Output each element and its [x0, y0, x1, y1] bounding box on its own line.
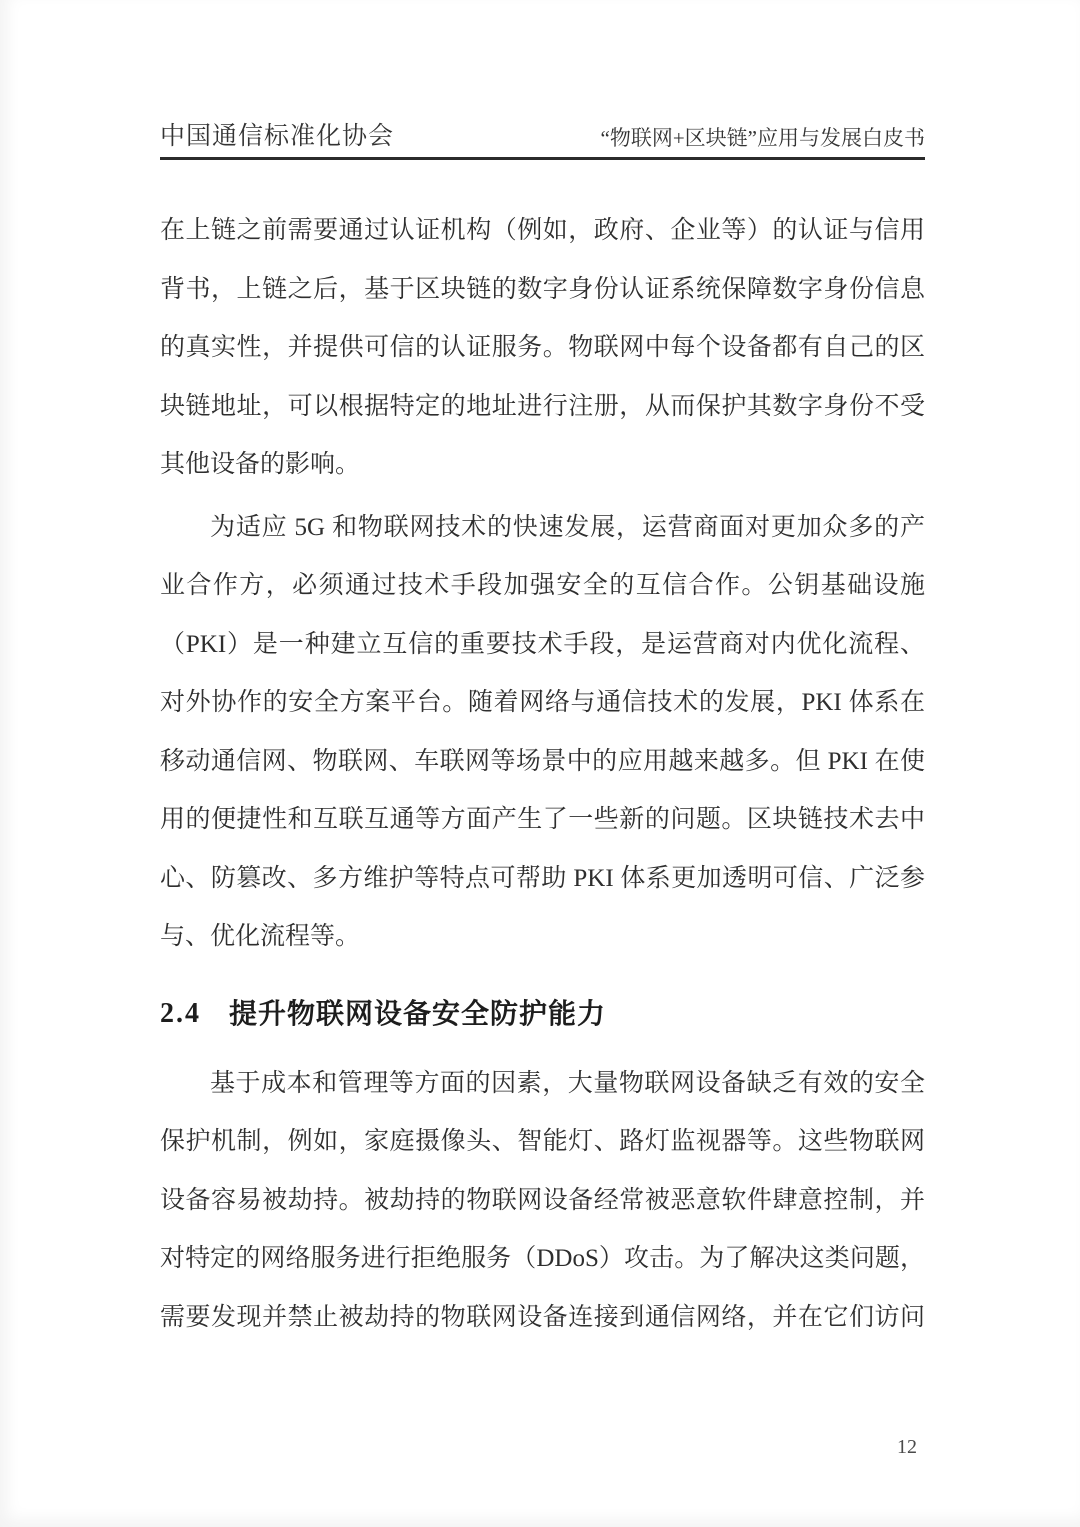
section-heading-number: 2.4: [160, 994, 201, 1034]
paragraph-line: 其他设备的影响。: [160, 436, 925, 495]
header-left-title: 中国通信标准化协会: [160, 116, 394, 152]
paragraph-line: 块链地址，可以根据特定的地址进行注册，从而保护其数字身份不受: [160, 378, 925, 437]
paragraph-line: 需要发现并禁止被劫持的物联网设备连接到通信网络，并在它们访问: [160, 1289, 925, 1348]
page-body: 在上链之前需要通过认证机构（例如，政府、企业等）的认证与信用背书，上链之后，基于…: [160, 202, 925, 1351]
paragraph: 基于成本和管理等方面的因素，大量物联网设备缺乏有效的安全保护机制，例如，家庭摄像…: [160, 1055, 925, 1348]
paragraph-line: 用的便捷性和互联互通等方面产生了一些新的问题。区块链技术去中: [160, 791, 925, 850]
paragraph-line: 基于成本和管理等方面的因素，大量物联网设备缺乏有效的安全: [160, 1055, 925, 1114]
paragraph-line: 业合作方，必须通过技术手段加强安全的互信合作。公钥基础设施: [160, 557, 925, 616]
section-heading: 2.4提升物联网设备安全防护能力: [160, 994, 925, 1034]
paragraph-line: 为适应 5G 和物联网技术的快速发展，运营商面对更加众多的产: [160, 499, 925, 558]
paragraph: 为适应 5G 和物联网技术的快速发展，运营商面对更加众多的产业合作方，必须通过技…: [160, 499, 925, 967]
paragraph-line: 的真实性，并提供可信的认证服务。物联网中每个设备都有自己的区: [160, 319, 925, 378]
paragraph-line: 心、防篡改、多方维护等特点可帮助 PKI 体系更加透明可信、广泛参: [160, 850, 925, 909]
page-number: 12: [897, 1436, 917, 1459]
document-page: 中国通信标准化协会 “物联网+区块链”应用与发展白皮书 在上链之前需要通过认证机…: [0, 0, 1080, 1527]
paragraph-line: 设备容易被劫持。被劫持的物联网设备经常被恶意软件肆意控制，并: [160, 1172, 925, 1231]
paragraph-line: 在上链之前需要通过认证机构（例如，政府、企业等）的认证与信用: [160, 202, 925, 261]
paragraph-line: （PKI）是一种建立互信的重要技术手段，是运营商对内优化流程、: [160, 616, 925, 675]
paragraph-line: 对特定的网络服务进行拒绝服务（DDoS）攻击。为了解决这类问题，: [160, 1230, 925, 1289]
section-heading-title: 提升物联网设备安全防护能力: [229, 994, 606, 1034]
paragraph-line: 与、优化流程等。: [160, 908, 925, 967]
paragraph-line: 背书，上链之后，基于区块链的数字身份认证系统保障数字身份信息: [160, 261, 925, 320]
paragraph: 在上链之前需要通过认证机构（例如，政府、企业等）的认证与信用背书，上链之后，基于…: [160, 202, 925, 495]
paragraph-line: 保护机制，例如，家庭摄像头、智能灯、路灯监视器等。这些物联网: [160, 1113, 925, 1172]
page-header: 中国通信标准化协会 “物联网+区块链”应用与发展白皮书: [160, 116, 925, 160]
paragraph-line: 对外协作的安全方案平台。随着网络与通信技术的发展，PKI 体系在: [160, 674, 925, 733]
paragraph-line: 移动通信网、物联网、车联网等场景中的应用越来越多。但 PKI 在使: [160, 733, 925, 792]
page-footer: 12: [160, 1436, 925, 1459]
header-right-title: “物联网+区块链”应用与发展白皮书: [601, 122, 925, 152]
